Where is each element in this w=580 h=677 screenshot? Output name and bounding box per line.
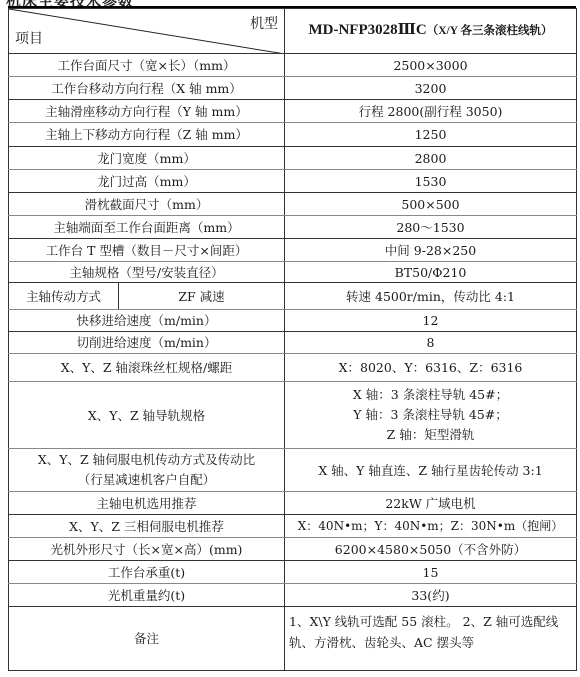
row-label: 龙门宽度（mm）	[9, 147, 285, 170]
row-label: 工作台面尺寸（宽×长）（mm）	[9, 54, 285, 77]
row-label: 工作台承重(t)	[9, 561, 285, 584]
model-type-label: 机型	[250, 15, 278, 34]
row-label: 工作台 T 型槽（数目－尺寸×间距）	[9, 239, 285, 262]
table-row: 主轴规格（型号/安装直径）BT50/Φ210	[9, 262, 577, 283]
row-value: BT50/Φ210	[285, 262, 577, 283]
row-value: X：40N•m；Y：40N•m；Z：30N•m（抱闸）	[285, 515, 577, 538]
table-row: 光机外形尺寸（长×宽×高）(mm)6200×4580×5050（不含外防）	[9, 538, 577, 561]
spec-table: 机型 项目 MD-NFP3028ⅢC（X/Y 各三条滚柱线轨） 工作台面尺寸（宽…	[8, 8, 577, 671]
row-label: 主轴上下移动方向行程（Z 轴 mm）	[9, 123, 285, 147]
table-row: 光机重量约(t)33(约)	[9, 584, 577, 607]
spindle-drive-label: 主轴传动方式	[9, 283, 119, 310]
notes-value: 1、X\Y 线轨可选配 55 滚柱。 2、Z 轴可选配线轨、方滑枕、齿轮头、AC…	[285, 607, 577, 671]
table-row: X、Y、Z 三相伺服电机推荐X：40N•m；Y：40N•m；Z：30N•m（抱闸…	[9, 515, 577, 538]
servo-drive-row: X、Y、Z 轴伺服电机传动方式及传动比 （行星减速机客户自配） X 轴、Y 轴直…	[9, 449, 577, 492]
row-label: X、Y、Z 三相伺服电机推荐	[9, 515, 285, 538]
row-label: 快移进给速度（m/min）	[9, 310, 285, 332]
model-name: MD-NFP3028ⅢC	[308, 22, 426, 38]
row-value: 中间 9-28×250	[285, 239, 577, 262]
row-label: 工作台移动方向行程（X 轴 mm）	[9, 77, 285, 100]
table-row: 主轴上下移动方向行程（Z 轴 mm）1250	[9, 123, 577, 147]
table-row: 滑枕截面尺寸（mm）500×500	[9, 193, 577, 216]
table-row: 工作台面尺寸（宽×长）（mm）2500×3000	[9, 54, 577, 77]
row-label: 光机外形尺寸（长×宽×高）(mm)	[9, 538, 285, 561]
row-value: 33(约)	[285, 584, 577, 607]
table-row: 主轴端面至工作台面距离（mm）280～1530	[9, 216, 577, 239]
table-row: 工作台 T 型槽（数目－尺寸×间距）中间 9-28×250	[9, 239, 577, 262]
row-value: 2500×3000	[285, 54, 577, 77]
notes-row: 备注 1、X\Y 线轨可选配 55 滚柱。 2、Z 轴可选配线轨、方滑枕、齿轮头…	[9, 607, 577, 671]
row-label: 主轴滑座移动方向行程（Y 轴 mm）	[9, 100, 285, 123]
row-value: 行程 2800(副行程 3050)	[285, 100, 577, 123]
servo-drive-label-line2: （行星减速机客户自配）	[11, 470, 282, 490]
table-row: 快移进给速度（m/min）12	[9, 310, 577, 332]
row-value: 280～1530	[285, 216, 577, 239]
rail-spec-value: X 轴：3 条滚柱导轨 45#； Y 轴：3 条滚柱导轨 45#； Z 轴：矩型…	[285, 382, 577, 449]
table-row: 工作台移动方向行程（X 轴 mm）3200	[9, 77, 577, 100]
rail-spec-label: X、Y、Z 轴导轨规格	[9, 382, 285, 449]
table-row: 主轴滑座移动方向行程（Y 轴 mm）行程 2800(副行程 3050)	[9, 100, 577, 123]
row-label: 主轴端面至工作台面距离（mm）	[9, 216, 285, 239]
rail-spec-z: Z 轴：矩型滑轨	[287, 425, 574, 445]
row-value: 22kW 广域电机	[285, 492, 577, 515]
rail-spec-x: X 轴：3 条滚柱导轨 45#；	[287, 385, 574, 405]
item-label: 项目	[15, 30, 43, 49]
spindle-drive-row: 主轴传动方式 ZF 减速 转速 4500r/min，传动比 4:1	[9, 283, 577, 310]
row-value: 500×500	[285, 193, 577, 216]
spindle-drive-sub-label: ZF 减速	[119, 283, 285, 310]
table-row: X、Y、Z 轴滚珠丝杠规格/螺距X：8020、Y：6316、Z：6316	[9, 354, 577, 382]
row-label: 龙门过高（mm）	[9, 170, 285, 193]
row-value: 12	[285, 310, 577, 332]
servo-drive-value: X 轴、Y 轴直连、Z 轴行星齿轮传动 3:1	[285, 449, 577, 492]
notes-label: 备注	[9, 607, 285, 671]
table-header-row: 机型 项目 MD-NFP3028ⅢC（X/Y 各三条滚柱线轨）	[9, 9, 577, 54]
table-row: 龙门宽度（mm）2800	[9, 147, 577, 170]
row-label: 切削进给速度（m/min）	[9, 332, 285, 354]
row-value: 2800	[285, 147, 577, 170]
row-value: 3200	[285, 77, 577, 100]
row-value: 1250	[285, 123, 577, 147]
row-label: 主轴电机选用推荐	[9, 492, 285, 515]
table-row: 龙门过高（mm）1530	[9, 170, 577, 193]
row-label: 主轴规格（型号/安装直径）	[9, 262, 285, 283]
row-label: X、Y、Z 轴滚珠丝杠规格/螺距	[9, 354, 285, 382]
row-label: 光机重量约(t)	[9, 584, 285, 607]
spindle-drive-value: 转速 4500r/min，传动比 4:1	[285, 283, 577, 310]
row-label: 滑枕截面尺寸（mm）	[9, 193, 285, 216]
row-value: 1530	[285, 170, 577, 193]
model-name-cell: MD-NFP3028ⅢC（X/Y 各三条滚柱线轨）	[285, 9, 577, 54]
row-value: X：8020、Y：6316、Z：6316	[285, 354, 577, 382]
diagonal-header-cell: 机型 项目	[9, 9, 285, 54]
model-note: （X/Y 各三条滚柱线轨）	[427, 25, 553, 37]
table-row: 切削进给速度（m/min）8	[9, 332, 577, 354]
table-row: 工作台承重(t)15	[9, 561, 577, 584]
row-value: 15	[285, 561, 577, 584]
diagonal-line	[9, 9, 285, 54]
table-row: 主轴电机选用推荐22kW 广域电机	[9, 492, 577, 515]
rail-spec-y: Y 轴：3 条滚柱导轨 45#；	[287, 405, 574, 425]
servo-drive-label: X、Y、Z 轴伺服电机传动方式及传动比 （行星减速机客户自配）	[9, 449, 285, 492]
rail-spec-row: X、Y、Z 轴导轨规格 X 轴：3 条滚柱导轨 45#； Y 轴：3 条滚柱导轨…	[9, 382, 577, 449]
row-value: 8	[285, 332, 577, 354]
row-value: 6200×4580×5050（不含外防）	[285, 538, 577, 561]
servo-drive-label-line1: X、Y、Z 轴伺服电机传动方式及传动比	[11, 450, 282, 470]
